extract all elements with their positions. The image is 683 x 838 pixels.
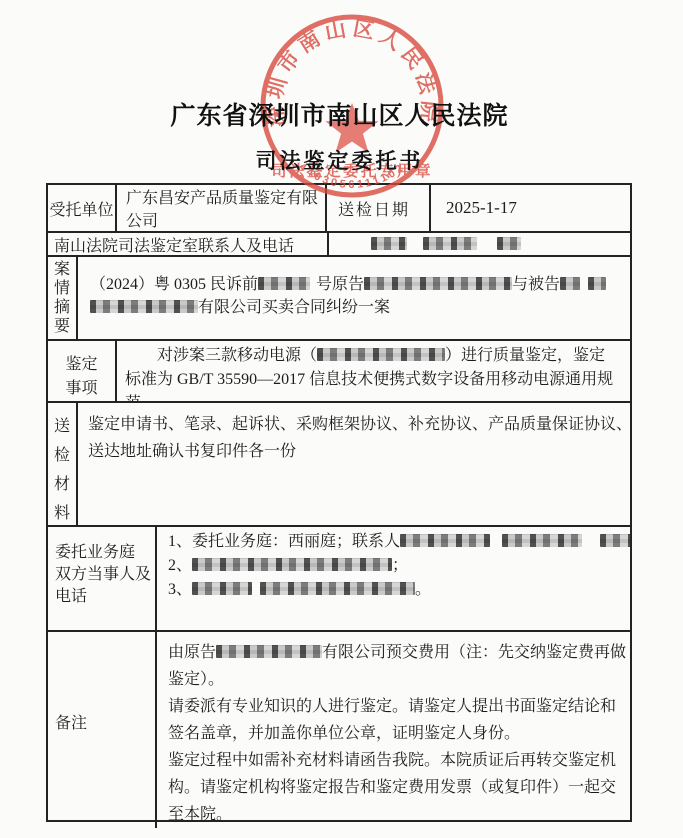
redacted-block xyxy=(192,582,252,595)
text-line: 委托业务庭 xyxy=(55,542,155,564)
text-run: 鉴定申请书、笔录、起诉状、采购框架协议、补充协议、产品质量保证协议、 xyxy=(88,416,630,433)
text-line: 要 xyxy=(48,317,76,336)
remarks-label: 备注 xyxy=(48,632,157,828)
document-page: 深圳市南山区人民法院 司法鉴定委托专用章 4403056111102 广东省深圳… xyxy=(0,0,683,838)
row-appraisal-matters: 鉴定事项 对涉案三款移动电源（）进行质量鉴定，鉴定标准为 GB/T 35590—… xyxy=(48,341,630,403)
text-run: 2、 xyxy=(168,557,192,574)
row-entrusted-unit: 受托单位 广东昌安产品质量鉴定有限公司 送检日期 2025-1-17 xyxy=(48,185,630,233)
redaction-gap xyxy=(252,593,260,594)
text-run: 电话 xyxy=(55,588,87,605)
text-run: 事项 xyxy=(65,380,97,397)
appraisal-matters-content: 对涉案三款移动电源（）进行质量鉴定，鉴定标准为 GB/T 35590—2017 … xyxy=(117,341,630,401)
text-line: 电话 xyxy=(55,586,155,608)
redacted-block xyxy=(600,534,630,547)
text-line: 送达地址确认书复印件各一份 xyxy=(88,438,630,465)
text-line: 事项 xyxy=(48,377,115,401)
text-run: 与被告 xyxy=(512,276,560,293)
text-run: ）进行质量鉴定，鉴定 xyxy=(445,347,605,364)
text-line: 由原告有限公司预交费用（注：先交纳鉴定费再做 xyxy=(168,639,630,666)
text-line: 有限公司买卖合同纠纷一案 xyxy=(90,296,630,319)
text-run: 双方当事人及 xyxy=(55,566,151,583)
text-run: 号原告 xyxy=(316,276,364,293)
inspection-date-value: 2025-1-17 xyxy=(431,185,630,231)
court-title: 广东省深圳市南山区人民法院 xyxy=(0,96,679,132)
text-run: 检 xyxy=(54,447,70,464)
appraisal-matters-label: 鉴定事项 xyxy=(48,341,117,401)
case-summary-label: 案情摘要 xyxy=(48,257,78,339)
text-run: 签名盖章，并加盖你单位公章，证明鉴定人身份。 xyxy=(168,725,520,742)
text-line: 标准为 GB/T 35590—2017 信息技术便携式数字设备用移动电源通用规 xyxy=(125,368,630,392)
redacted-block xyxy=(497,237,521,250)
text-line: 情 xyxy=(48,279,76,298)
text-line: 1、委托业务庭：西丽庭；联系人； xyxy=(168,530,630,554)
text-line: 鉴定 xyxy=(48,353,115,377)
row-remarks: 备注 由原告有限公司预交费用（注：先交纳鉴定费再做鉴定）。请委派有专业知识的人进… xyxy=(48,632,630,828)
redacted-block xyxy=(192,558,392,571)
text-run: （2024）粤 0305 民诉前 xyxy=(90,276,258,293)
text-line: 摘 xyxy=(48,298,76,317)
text-run: 鉴定）。 xyxy=(168,671,224,688)
text-line: 双方当事人及 xyxy=(55,564,155,586)
row-court-contact: 南山法院司法鉴定室联系人及电话 xyxy=(48,233,630,257)
text-run: 对涉案三款移动电源（ xyxy=(125,347,317,364)
redacted-block xyxy=(400,534,490,547)
text-line: 案 xyxy=(48,260,76,279)
text-line: 送 xyxy=(48,412,76,441)
redacted-block xyxy=(371,237,407,250)
text-line: （2024）粤 0305 民诉前号原告与被告 xyxy=(90,273,630,296)
text-run: 有限公司买卖合同纠纷一案 xyxy=(198,299,390,316)
text-line: 鉴定）。 xyxy=(168,666,630,693)
text-line xyxy=(371,233,521,255)
text-run: 至本院。 xyxy=(168,806,232,823)
remarks-content: 由原告有限公司预交费用（注：先交纳鉴定费再做鉴定）。请委派有专业知识的人进行鉴定… xyxy=(157,632,630,828)
text-run: 材 xyxy=(54,476,70,493)
redacted-block xyxy=(364,277,512,290)
row-parties-contacts: 委托业务庭双方当事人及电话 1、委托业务庭：西丽庭；联系人；2、；3、。 xyxy=(48,527,630,632)
text-run: 由原告 xyxy=(168,644,216,661)
parties-label: 委托业务庭双方当事人及电话 xyxy=(48,527,157,630)
text-line: 2、； xyxy=(168,554,630,578)
redaction-gap xyxy=(582,545,600,546)
text-run: 案 xyxy=(54,261,70,278)
text-run: ； xyxy=(392,557,408,574)
redacted-block xyxy=(317,348,445,361)
commission-form-table: 受托单位 广东昌安产品质量鉴定有限公司 送检日期 2025-1-17 南山法院司… xyxy=(46,183,632,822)
case-summary-content: （2024）粤 0305 民诉前号原告与被告有限公司买卖合同纠纷一案 xyxy=(78,257,630,339)
redaction-gap xyxy=(477,248,497,249)
text-run: 鉴定 xyxy=(65,356,97,373)
text-run: 标准为 GB/T 35590—2017 信息技术便携式数字设备用移动电源通用规 xyxy=(125,371,613,388)
submitted-materials-label: 送检材料 xyxy=(48,403,78,525)
redacted-block xyxy=(216,645,322,658)
submitted-materials-content: 鉴定申请书、笔录、起诉状、采购框架协议、补充协议、产品质量保证协议、送达地址确认… xyxy=(78,403,630,525)
text-run: 委托业务庭 xyxy=(55,544,135,561)
text-line: 对涉案三款移动电源（）进行质量鉴定，鉴定 xyxy=(125,344,630,368)
text-run: 1、委托业务庭：西丽庭；联系人 xyxy=(168,533,400,550)
row-submitted-materials: 送检材料 鉴定申请书、笔录、起诉状、采购框架协议、补充协议、产品质量保证协议、送… xyxy=(48,403,630,527)
text-line: 料 xyxy=(48,499,76,525)
redacted-block xyxy=(423,237,477,250)
text-line: 至本院。 xyxy=(168,801,630,828)
entrusted-unit-label: 受托单位 xyxy=(48,185,117,231)
text-line: 材 xyxy=(48,470,76,499)
text-line: 构。请鉴定机构将鉴定报告和鉴定费用发票（或复印件）一起交 xyxy=(168,774,630,801)
redacted-block xyxy=(502,534,582,547)
text-line: 鉴定申请书、笔录、起诉状、采购框架协议、补充协议、产品质量保证协议、 xyxy=(88,411,630,438)
text-run: 情 xyxy=(54,280,70,297)
text-run: 有限公司预交费用（注：先交纳鉴定费再做 xyxy=(322,644,626,661)
text-run: 送达地址确认书复印件各一份 xyxy=(88,443,296,460)
text-line: 签名盖章，并加盖你单位公章，证明鉴定人身份。 xyxy=(168,720,630,747)
text-line: 检 xyxy=(48,441,76,470)
redacted-block xyxy=(260,582,415,595)
document-subtitle: 司法鉴定委托书 xyxy=(0,145,679,175)
row-case-summary: 案情摘要 （2024）粤 0305 民诉前号原告与被告有限公司买卖合同纠纷一案 xyxy=(48,257,630,341)
inspection-date-label: 送检日期 xyxy=(327,185,431,231)
text-run: 鉴定过程中如需补充材料请函告我院。本院质证后再转交鉴定机 xyxy=(168,752,616,769)
redacted-block xyxy=(258,277,310,290)
text-run: 。 xyxy=(415,581,431,598)
redaction-gap xyxy=(490,545,502,546)
text-run: 请委派有专业知识的人进行鉴定。请鉴定人提出书面鉴定结论和 xyxy=(168,698,616,715)
text-run: 构。请鉴定机构将鉴定报告和鉴定费用发票（或复印件）一起交 xyxy=(168,779,616,796)
text-line: 鉴定过程中如需补充材料请函告我院。本院质证后再转交鉴定机 xyxy=(168,747,630,774)
text-run: 摘 xyxy=(54,299,70,316)
court-contact-redacted xyxy=(329,233,630,255)
redaction-gap xyxy=(580,288,588,289)
entrusted-unit-value: 广东昌安产品质量鉴定有限公司 xyxy=(117,185,327,231)
redacted-block xyxy=(560,277,580,290)
text-line: 3、。 xyxy=(168,578,630,602)
text-run: 送 xyxy=(54,418,70,435)
court-contact-label: 南山法院司法鉴定室联系人及电话 xyxy=(48,233,329,255)
redacted-block xyxy=(90,300,198,313)
text-run: 料 xyxy=(54,505,70,522)
text-run: 3、 xyxy=(168,581,192,598)
text-line: 请委派有专业知识的人进行鉴定。请鉴定人提出书面鉴定结论和 xyxy=(168,693,630,720)
text-line: 范。 xyxy=(125,392,630,401)
text-run: 范。 xyxy=(125,395,157,401)
parties-content: 1、委托业务庭：西丽庭；联系人；2、；3、。 xyxy=(157,527,630,630)
text-run: 要 xyxy=(54,318,70,335)
redacted-block xyxy=(588,277,606,290)
redaction-gap xyxy=(407,248,423,249)
